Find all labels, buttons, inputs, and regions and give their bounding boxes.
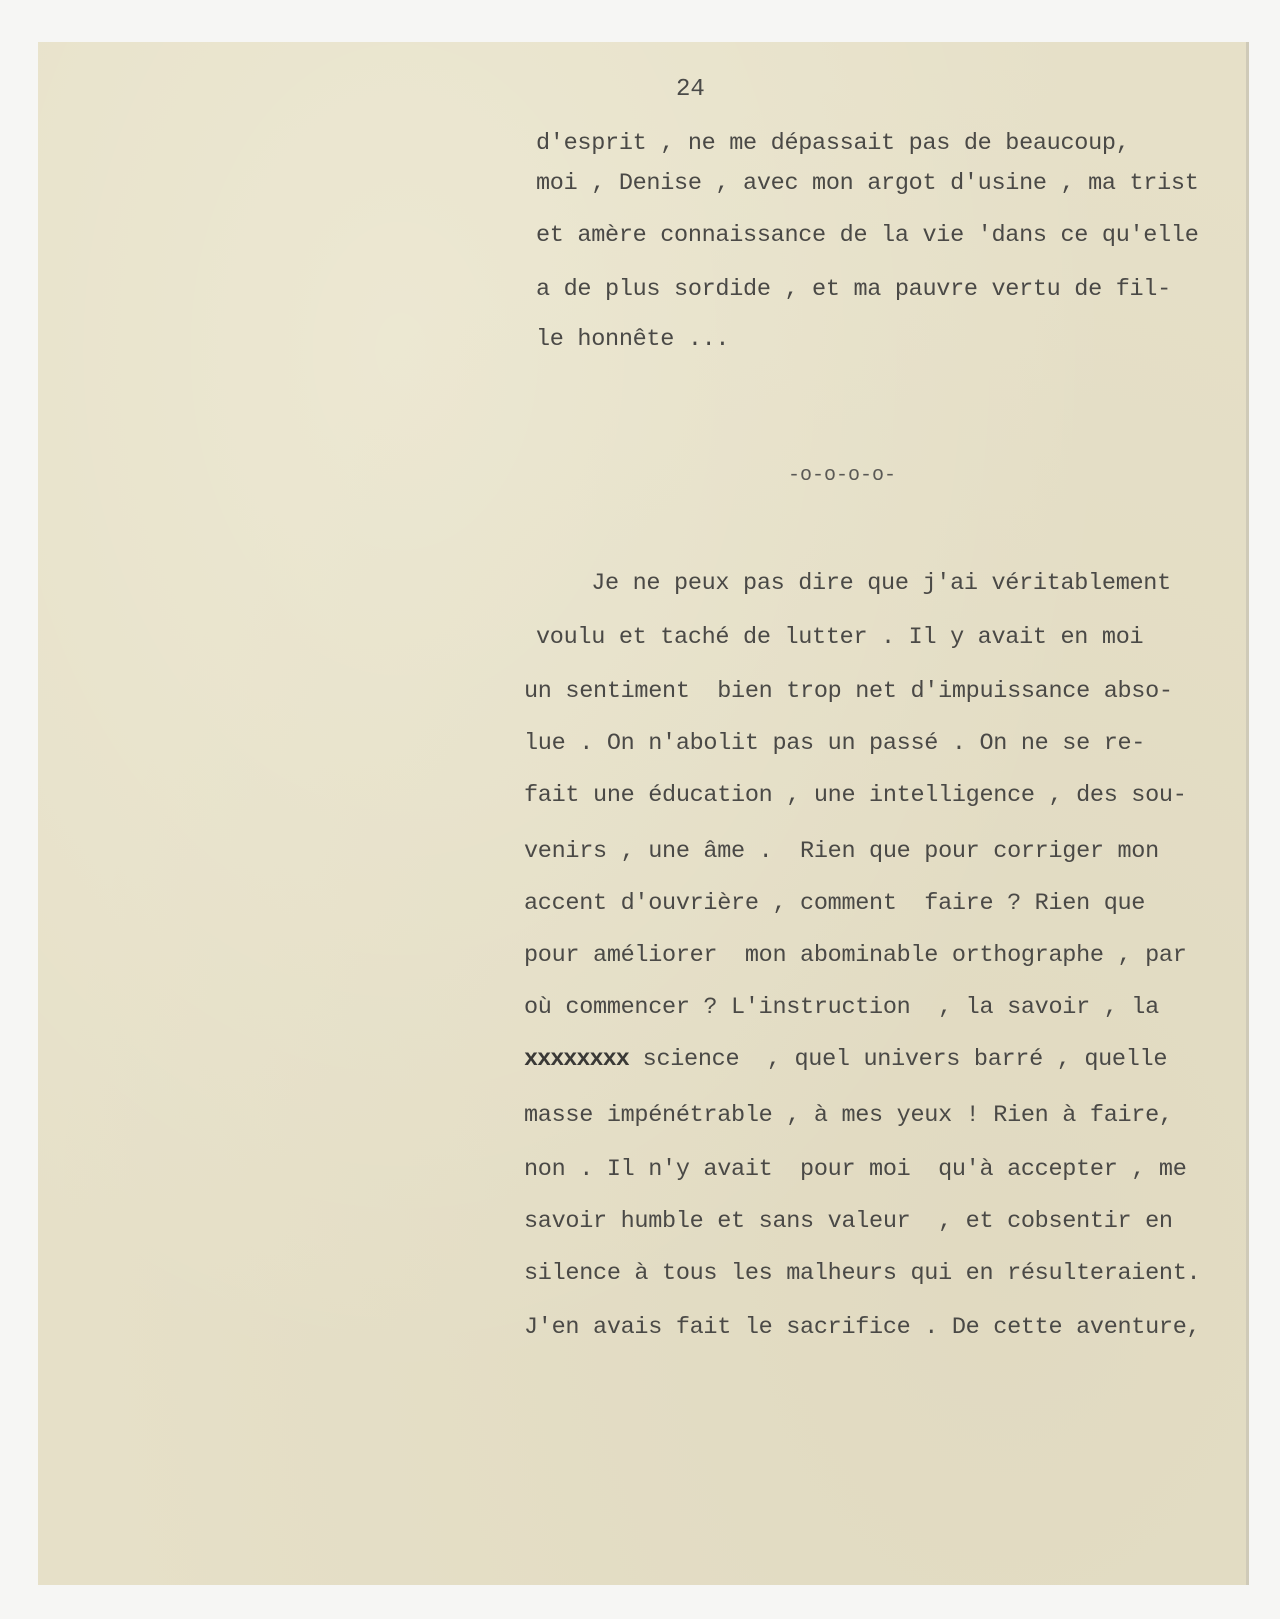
text-line: silence à tous les malheurs qui en résul… (524, 1260, 1200, 1287)
text-line: savoir humble et sans valeur , et cobsen… (524, 1208, 1173, 1235)
text-line: d'esprit , ne me dépassait pas de beauco… (536, 130, 1130, 157)
text-line: J'en avais fait le sacrifice . De cette … (524, 1314, 1200, 1341)
text-line: accent d'ouvrière , comment faire ? Rien… (524, 890, 1145, 917)
text-line: où commencer ? L'instruction , la savoir… (524, 994, 1159, 1021)
struck-out-word: xxxxxxxx (524, 1046, 629, 1073)
text-line: le honnête ... (536, 326, 729, 353)
text-line: moi , Denise , avec mon argot d'usine , … (536, 170, 1199, 197)
text-line: venirs , une âme . Rien que pour corrige… (524, 838, 1159, 865)
text-line: lue . On n'abolit pas un passé . On ne s… (524, 730, 1145, 757)
page-number: 24 (676, 76, 705, 103)
text-line: voulu et taché de lutter . Il y avait en… (536, 624, 1143, 651)
section-separator: -o-o-o-o- (788, 464, 896, 487)
text-line: fait une éducation , une intelligence , … (524, 782, 1187, 809)
text-line: pour améliorer mon abominable orthograph… (524, 942, 1187, 969)
page-edge (1246, 42, 1249, 1585)
text-line: un sentiment bien trop net d'impuissance… (524, 678, 1173, 705)
text-line-rest: science , quel univers barré , quelle (643, 1046, 1168, 1073)
text-line: masse impénétrable , à mes yeux ! Rien à… (524, 1102, 1173, 1129)
text-line: a de plus sordide , et ma pauvre vertu d… (536, 276, 1171, 303)
typewritten-page (38, 42, 1248, 1585)
text-line: Je ne peux pas dire que j'ai véritableme… (536, 570, 1171, 597)
text-line: non . Il n'y avait pour moi qu'à accepte… (524, 1156, 1187, 1183)
text-line: et amère connaissance de la vie 'dans ce… (536, 222, 1199, 249)
text-line-struck: xxxxxxxx science , quel univers barré , … (524, 1046, 1167, 1073)
